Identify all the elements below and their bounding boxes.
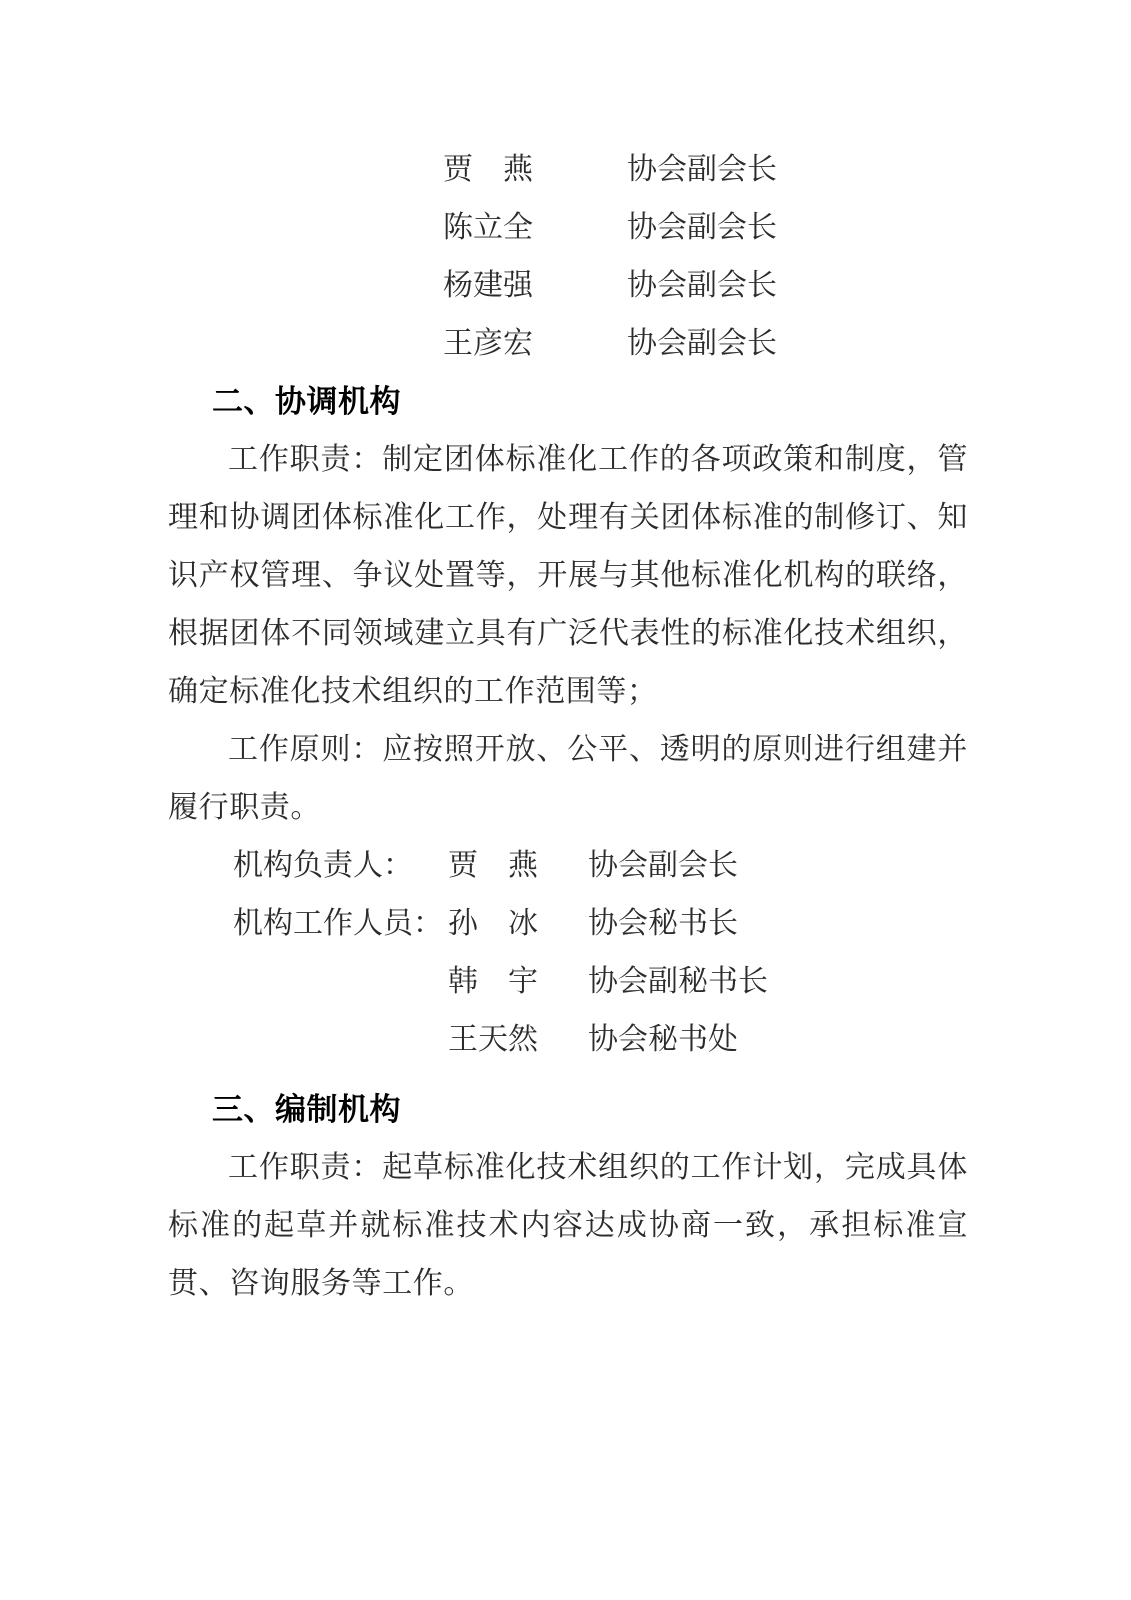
list-item: 王天然协会秘书处 [168, 1011, 968, 1069]
list-item: 机构工作人员：孙 冰协会秘书长 [168, 895, 968, 953]
list-item: 机构负责人：贾 燕协会副会长 [168, 837, 968, 895]
paragraph-coordination-duty: 工作职责：制定团体标准化工作的各项政策和制度，管理和协调团体标准化工作，处理有关… [168, 431, 968, 721]
staff-role-label: 机构工作人员： [233, 895, 448, 953]
staff-role-label: 机构负责人： [233, 837, 448, 895]
person-name: 杨建强 [443, 257, 627, 315]
person-title: 协会秘书处 [588, 1011, 738, 1069]
person-title: 协会副会长 [627, 257, 777, 315]
document-content: 贾 燕协会副会长 陈立全协会副会长 杨建强协会副会长 王彦宏协会副会长 二、协调… [168, 141, 968, 1313]
person-title: 协会秘书长 [588, 895, 738, 953]
paragraph-compilation-duty: 工作职责：起草标准化技术组织的工作计划，完成具体标准的起草并就标准技术内容达成协… [168, 1139, 968, 1313]
person-name: 贾 燕 [443, 141, 627, 199]
person-title: 协会副会长 [627, 199, 777, 257]
person-title: 协会副秘书长 [588, 953, 768, 1011]
list-item: 贾 燕协会副会长 [168, 141, 968, 199]
person-name: 陈立全 [443, 199, 627, 257]
list-item: 王彦宏协会副会长 [168, 315, 968, 373]
section-heading-coordination: 二、协调机构 [168, 373, 968, 431]
person-title: 协会副会长 [627, 141, 777, 199]
list-item: 韩 宇协会副秘书长 [168, 953, 968, 1011]
person-title: 协会副会长 [627, 315, 777, 373]
person-name: 王天然 [448, 1011, 588, 1069]
document-page: 贾 燕协会副会长 陈立全协会副会长 杨建强协会副会长 王彦宏协会副会长 二、协调… [0, 0, 1131, 1600]
person-name: 韩 宇 [448, 953, 588, 1011]
person-name: 王彦宏 [443, 315, 627, 373]
person-name: 孙 冰 [448, 895, 588, 953]
person-title: 协会副会长 [588, 837, 738, 895]
leadership-list: 贾 燕协会副会长 陈立全协会副会长 杨建强协会副会长 王彦宏协会副会长 [168, 141, 968, 373]
list-item: 杨建强协会副会长 [168, 257, 968, 315]
staff-list: 机构负责人：贾 燕协会副会长 机构工作人员：孙 冰协会秘书长 韩 宇协会副秘书长… [168, 837, 968, 1069]
person-name: 贾 燕 [448, 837, 588, 895]
list-item: 陈立全协会副会长 [168, 199, 968, 257]
paragraph-coordination-principle: 工作原则：应按照开放、公平、透明的原则进行组建并履行职责。 [168, 721, 968, 837]
section-heading-compilation: 三、编制机构 [168, 1081, 968, 1139]
